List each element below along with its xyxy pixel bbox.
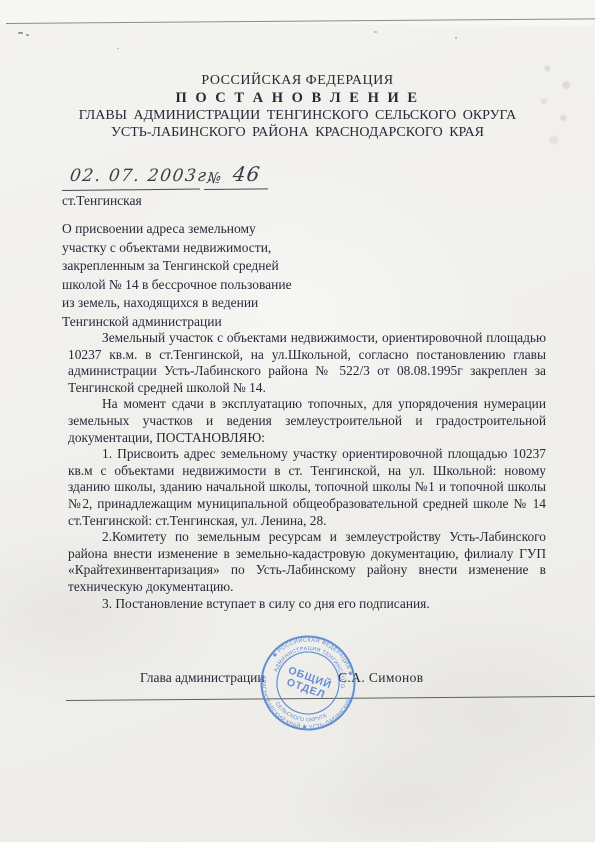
subject-block: О присвоении адреса земельному участку с… bbox=[62, 220, 372, 332]
scan-speck bbox=[18, 32, 23, 34]
document-body: Земельный участок с объектами недвижимос… bbox=[68, 330, 546, 612]
document-page: РОССИЙСКАЯ ФЕДЕРАЦИЯ П О С Т А Н О В Л Е… bbox=[0, 0, 595, 842]
scan-speck bbox=[455, 37, 457, 39]
body-paragraph: 3. Постановление вступает в силу со дня … bbox=[68, 596, 546, 613]
body-paragraph: На момент сдачи в эксплуатацию топочных,… bbox=[68, 396, 546, 446]
issuing-authority-line2: УСТЬ-ЛАБИНСКОГО РАЙОНА КРАСНОДАРСКОГО КР… bbox=[0, 124, 595, 141]
issuing-authority-line1: ГЛАВЫ АДМИНИСТРАЦИИ ТЕНГИНСКОГО СЕЛЬСКОГ… bbox=[0, 107, 595, 124]
document-header: РОССИЙСКАЯ ФЕДЕРАЦИЯ П О С Т А Н О В Л Е… bbox=[0, 72, 595, 141]
place-name: ст.Тенгинская bbox=[62, 193, 142, 209]
body-paragraph: 1. Присвоить адрес земельному участку ор… bbox=[68, 446, 546, 529]
document-type-title: П О С Т А Н О В Л Е Н И Е bbox=[0, 89, 595, 107]
scan-speck bbox=[26, 34, 29, 36]
handwritten-number-sign: № bbox=[206, 169, 222, 187]
body-paragraph: Земельный участок с объектами недвижимос… bbox=[68, 330, 546, 396]
scan-speck bbox=[374, 31, 377, 33]
scan-edge-line bbox=[6, 18, 595, 24]
scan-speck bbox=[117, 48, 119, 49]
body-paragraph: 2.Комитету по земельным ресурсам и земле… bbox=[68, 529, 546, 595]
handwritten-document-number: 46 bbox=[232, 162, 262, 186]
handwritten-date: 02. 07. 2003г. bbox=[69, 166, 216, 186]
country-title: РОССИЙСКАЯ ФЕДЕРАЦИЯ bbox=[0, 72, 595, 89]
signatory-title: Глава администрации bbox=[140, 670, 265, 686]
